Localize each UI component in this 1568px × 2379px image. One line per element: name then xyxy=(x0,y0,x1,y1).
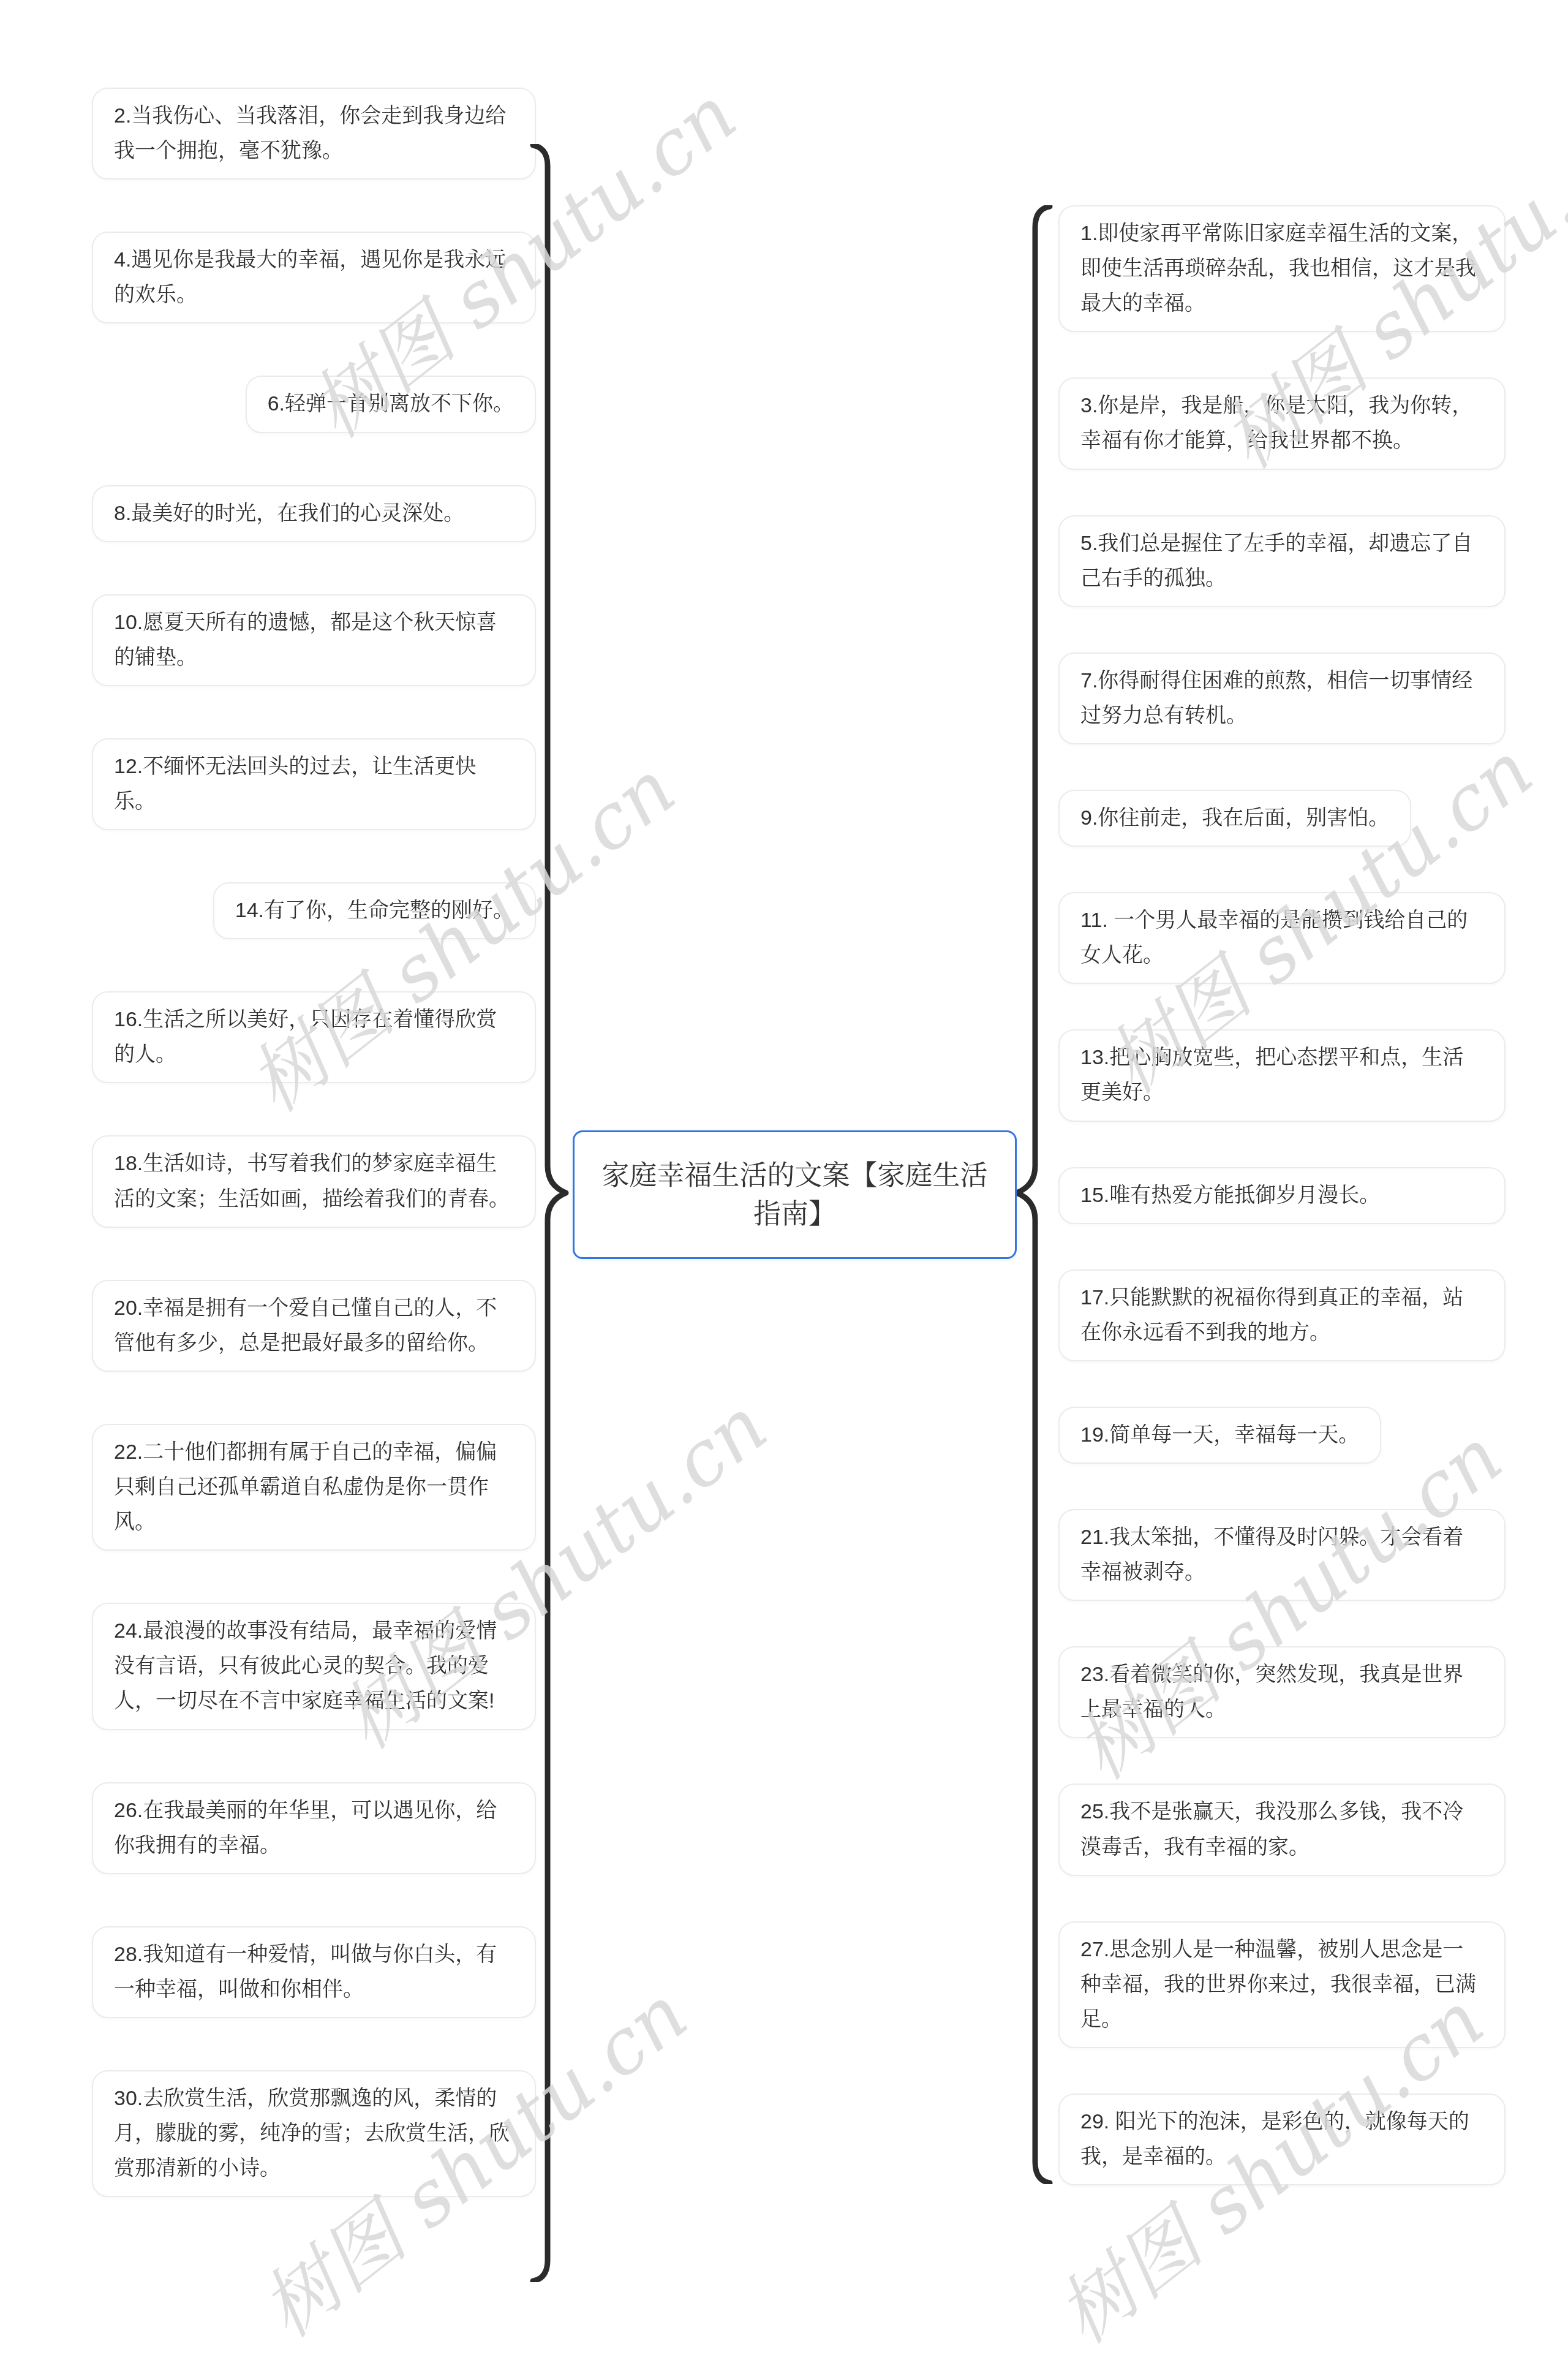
quote-box[interactable]: 12.不缅怀无法回头的过去，让生活更快乐。 xyxy=(92,738,536,830)
quote-box[interactable]: 18.生活如诗，书写着我们的梦家庭幸福生活的文案；生活如画，描绘着我们的青春。 xyxy=(92,1135,536,1227)
quote-box[interactable]: 1.即使家再平常陈旧家庭幸福生活的文案，即使生活再琐碎杂乱，我也相信，这才是我最… xyxy=(1058,205,1506,332)
right-quote-column: 1.即使家再平常陈旧家庭幸福生活的文案，即使生活再琐碎杂乱，我也相信，这才是我最… xyxy=(1058,205,1506,2185)
quote-box[interactable]: 9.你往前走，我在后面，别害怕。 xyxy=(1058,790,1411,847)
quote-box[interactable]: 26.在我最美丽的年华里，可以遇见你，给你我拥有的幸福。 xyxy=(92,1782,536,1874)
quote-box[interactable]: 28.我知道有一种爱情，叫做与你白头，有一种幸福，叫做和你相伴。 xyxy=(92,1926,536,2018)
quote-box[interactable]: 13.把心胸放宽些，把心态摆平和点，生活更美好。 xyxy=(1058,1029,1506,1121)
quote-box[interactable]: 5.我们总是握住了左手的幸福，却遗忘了自己右手的孤独。 xyxy=(1058,515,1506,607)
quote-box[interactable]: 3.你是岸，我是船，你是太阳，我为你转，幸福有你才能算，给我世界都不换。 xyxy=(1058,377,1506,469)
quote-box[interactable]: 20.幸福是拥有一个爱自己懂自己的人，不管他有多少，总是把最好最多的留给你。 xyxy=(92,1280,536,1372)
quote-box[interactable]: 17.只能默默的祝福你得到真正的幸福，站在你永远看不到我的地方。 xyxy=(1058,1269,1506,1361)
quote-box[interactable]: 14.有了你，生命完整的刚好。 xyxy=(213,882,536,939)
quote-box[interactable]: 19.简单每一天，幸福每一天。 xyxy=(1058,1407,1381,1464)
right-brace-connector xyxy=(1012,205,1056,2184)
quote-box[interactable]: 21.我太笨拙，不懂得及时闪躲。才会看着幸福被剥夺。 xyxy=(1058,1509,1506,1601)
left-quote-column: 2.当我伤心、当我落泪，你会走到我身边给我一个拥抱，毫不犹豫。4.遇见你是我最大… xyxy=(92,88,536,2197)
quote-box[interactable]: 7.你得耐得住困难的煎熬，相信一切事情经过努力总有转机。 xyxy=(1058,652,1506,744)
quote-box[interactable]: 2.当我伤心、当我落泪，你会走到我身边给我一个拥抱，毫不犹豫。 xyxy=(92,88,536,180)
central-topic[interactable]: 家庭幸福生活的文案【家庭生活指南】 xyxy=(573,1130,1017,1259)
central-topic-label: 家庭幸福生活的文案【家庭生活指南】 xyxy=(597,1156,993,1233)
left-brace-connector xyxy=(527,144,571,2282)
quote-box[interactable]: 16.生活之所以美好，只因存在着懂得欣赏的人。 xyxy=(92,991,536,1083)
quote-box[interactable]: 23.看着微笑的你，突然发现，我真是世界上最幸福的人。 xyxy=(1058,1646,1506,1738)
quote-box[interactable]: 6.轻弹一首别离放不下你。 xyxy=(246,376,536,433)
quote-box[interactable]: 24.最浪漫的故事没有结局，最幸福的爱情没有言语，只有彼此心灵的契合。我的爱人，… xyxy=(92,1603,536,1730)
quote-box[interactable]: 15.唯有热爱方能抵御岁月漫长。 xyxy=(1058,1167,1506,1224)
quote-box[interactable]: 10.愿夏天所有的遗憾，都是这个秋天惊喜的铺垫。 xyxy=(92,594,536,686)
quote-box[interactable]: 22.二十他们都拥有属于自己的幸福，偏偏只剩自己还孤单霸道自私虚伪是你一贯作风。 xyxy=(92,1424,536,1551)
mindmap-canvas: 2.当我伤心、当我落泪，你会走到我身边给我一个拥抱，毫不犹豫。4.遇见你是我最大… xyxy=(0,0,1568,2379)
quote-box[interactable]: 29. 阳光下的泡沫，是彩色的，就像每天的我，是幸福的。 xyxy=(1058,2093,1506,2185)
quote-box[interactable]: 11. 一个男人最幸福的是能攒到钱给自己的女人花。 xyxy=(1058,892,1506,984)
quote-box[interactable]: 25.我不是张赢天，我没那么多钱，我不冷漠毒舌，我有幸福的家。 xyxy=(1058,1783,1506,1875)
quote-box[interactable]: 30.去欣赏生活，欣赏那飘逸的风，柔情的月，朦胧的雾，纯净的雪；去欣赏生活，欣赏… xyxy=(92,2070,536,2197)
quote-box[interactable]: 8.最美好的时光，在我们的心灵深处。 xyxy=(92,485,536,542)
quote-box[interactable]: 4.遇见你是我最大的幸福，遇见你是我永远的欢乐。 xyxy=(92,232,536,323)
quote-box[interactable]: 27.思念别人是一种温馨，被别人思念是一种幸福，我的世界你来过，我很幸福，已满足… xyxy=(1058,1921,1506,2048)
